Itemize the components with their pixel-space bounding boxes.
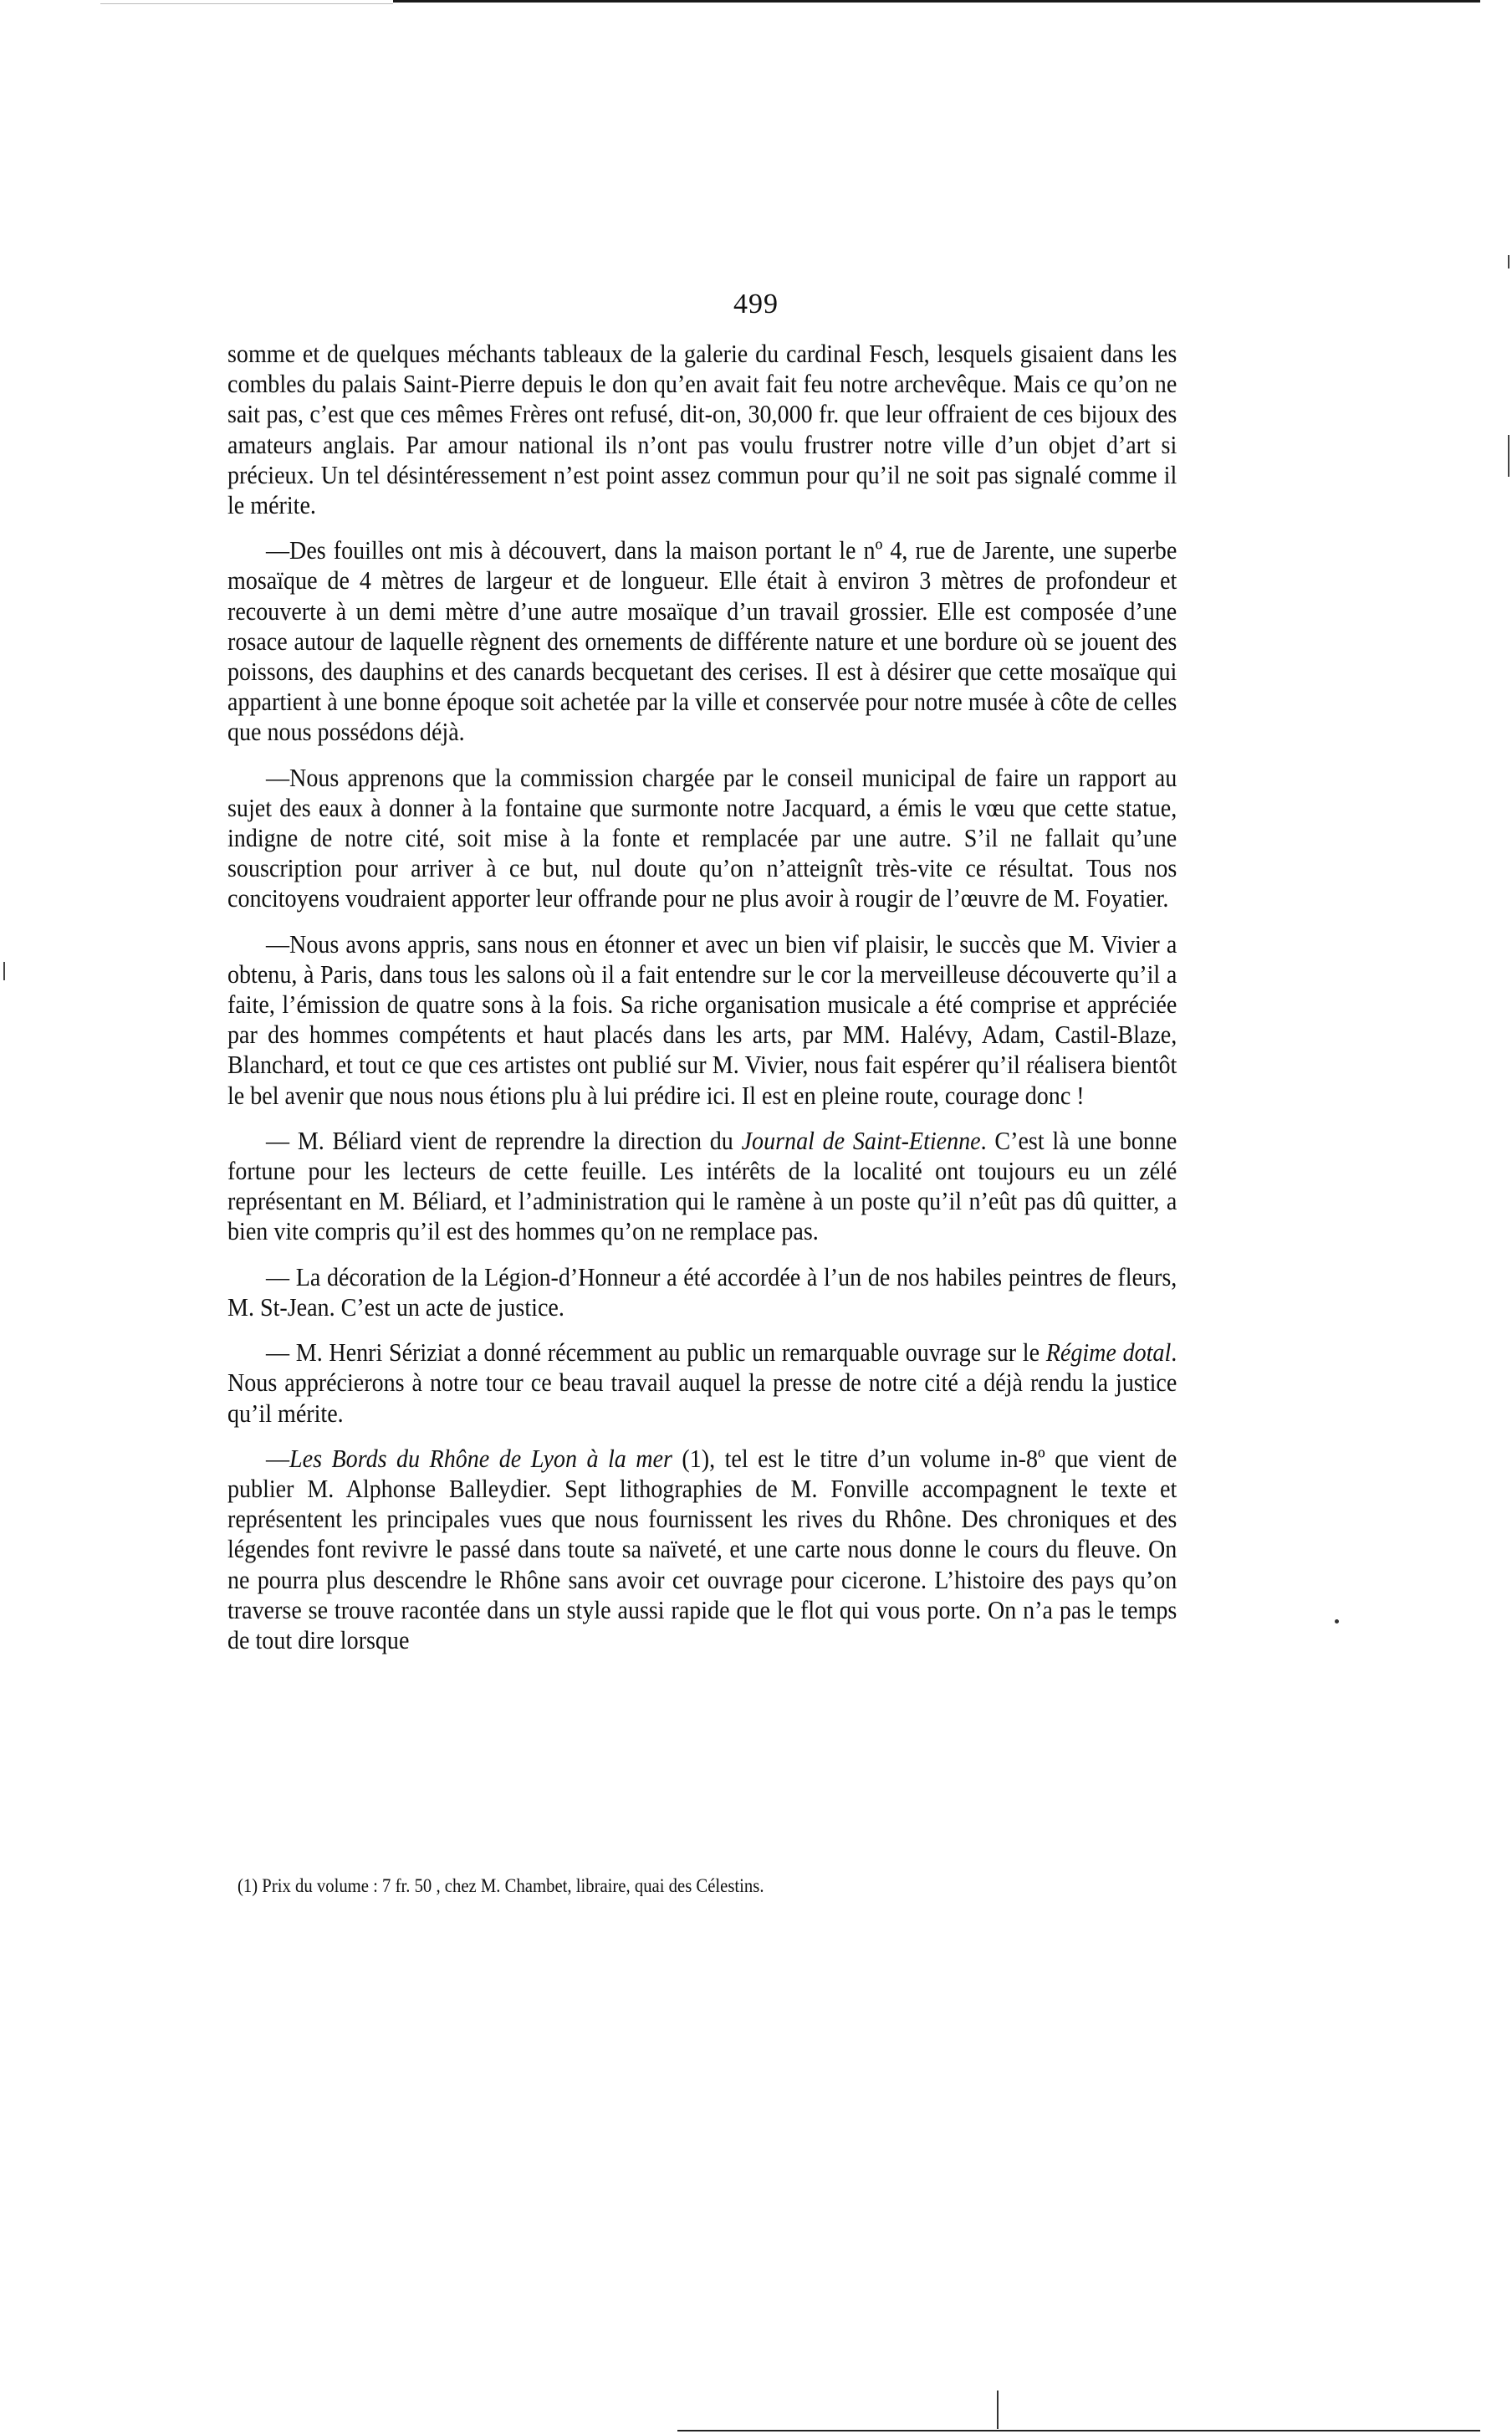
margin-mark-right bbox=[1508, 255, 1509, 268]
book-title: Régime dotal bbox=[1046, 1338, 1172, 1367]
paragraph-vivier: —Nous avons appris, sans nous en étonner… bbox=[227, 929, 1177, 1111]
article-body: somme et de quelques méchants tableaux d… bbox=[227, 339, 1177, 1670]
paragraph-text: — M. Henri Sériziat a donné récemment au… bbox=[266, 1338, 1046, 1367]
paragraph-mosaique: —Des fouilles ont mis à découvert, dans … bbox=[227, 535, 1177, 747]
paragraph-fesch-tableaux: somme et de quelques méchants tableaux d… bbox=[227, 339, 1177, 520]
paragraph-text: — bbox=[266, 1445, 289, 1473]
paragraph-beliard: — M. Béliard vient de reprendre la direc… bbox=[227, 1126, 1177, 1247]
scan-bottom-edge bbox=[677, 2430, 1480, 2431]
margin-mark-left bbox=[3, 962, 5, 980]
paragraph-seriziat: — M. Henri Sériziat a donné récemment au… bbox=[227, 1337, 1177, 1429]
footnote: (1) Prix du volume : 7 fr. 50 , chez M. … bbox=[238, 1875, 764, 1897]
journal-title: Journal de Saint-Etienne bbox=[742, 1127, 981, 1155]
page-number: 499 bbox=[0, 289, 1512, 320]
margin-dot bbox=[1335, 1619, 1339, 1624]
paragraph-jacquard: —Nous apprenons que la commission chargé… bbox=[227, 763, 1177, 914]
paragraph-bords-du-rhone: —Les Bords du Rhône de Lyon à la mer (1)… bbox=[227, 1444, 1177, 1655]
margin-mark-right bbox=[1508, 435, 1509, 477]
scan-top-edge bbox=[393, 0, 1480, 3]
paragraph-legion-honneur: — La décoration de la Légion-d’Honneur a… bbox=[227, 1262, 1177, 1322]
scan-top-edge-faint bbox=[100, 3, 393, 4]
scan-bottom-mark bbox=[997, 2391, 999, 2429]
book-title: Les Bords du Rhône de Lyon à la mer bbox=[289, 1445, 672, 1473]
paragraph-text: (1), tel est le titre d’un volume in-8º … bbox=[227, 1445, 1177, 1654]
paragraph-text: — M. Béliard vient de reprendre la direc… bbox=[266, 1127, 742, 1155]
